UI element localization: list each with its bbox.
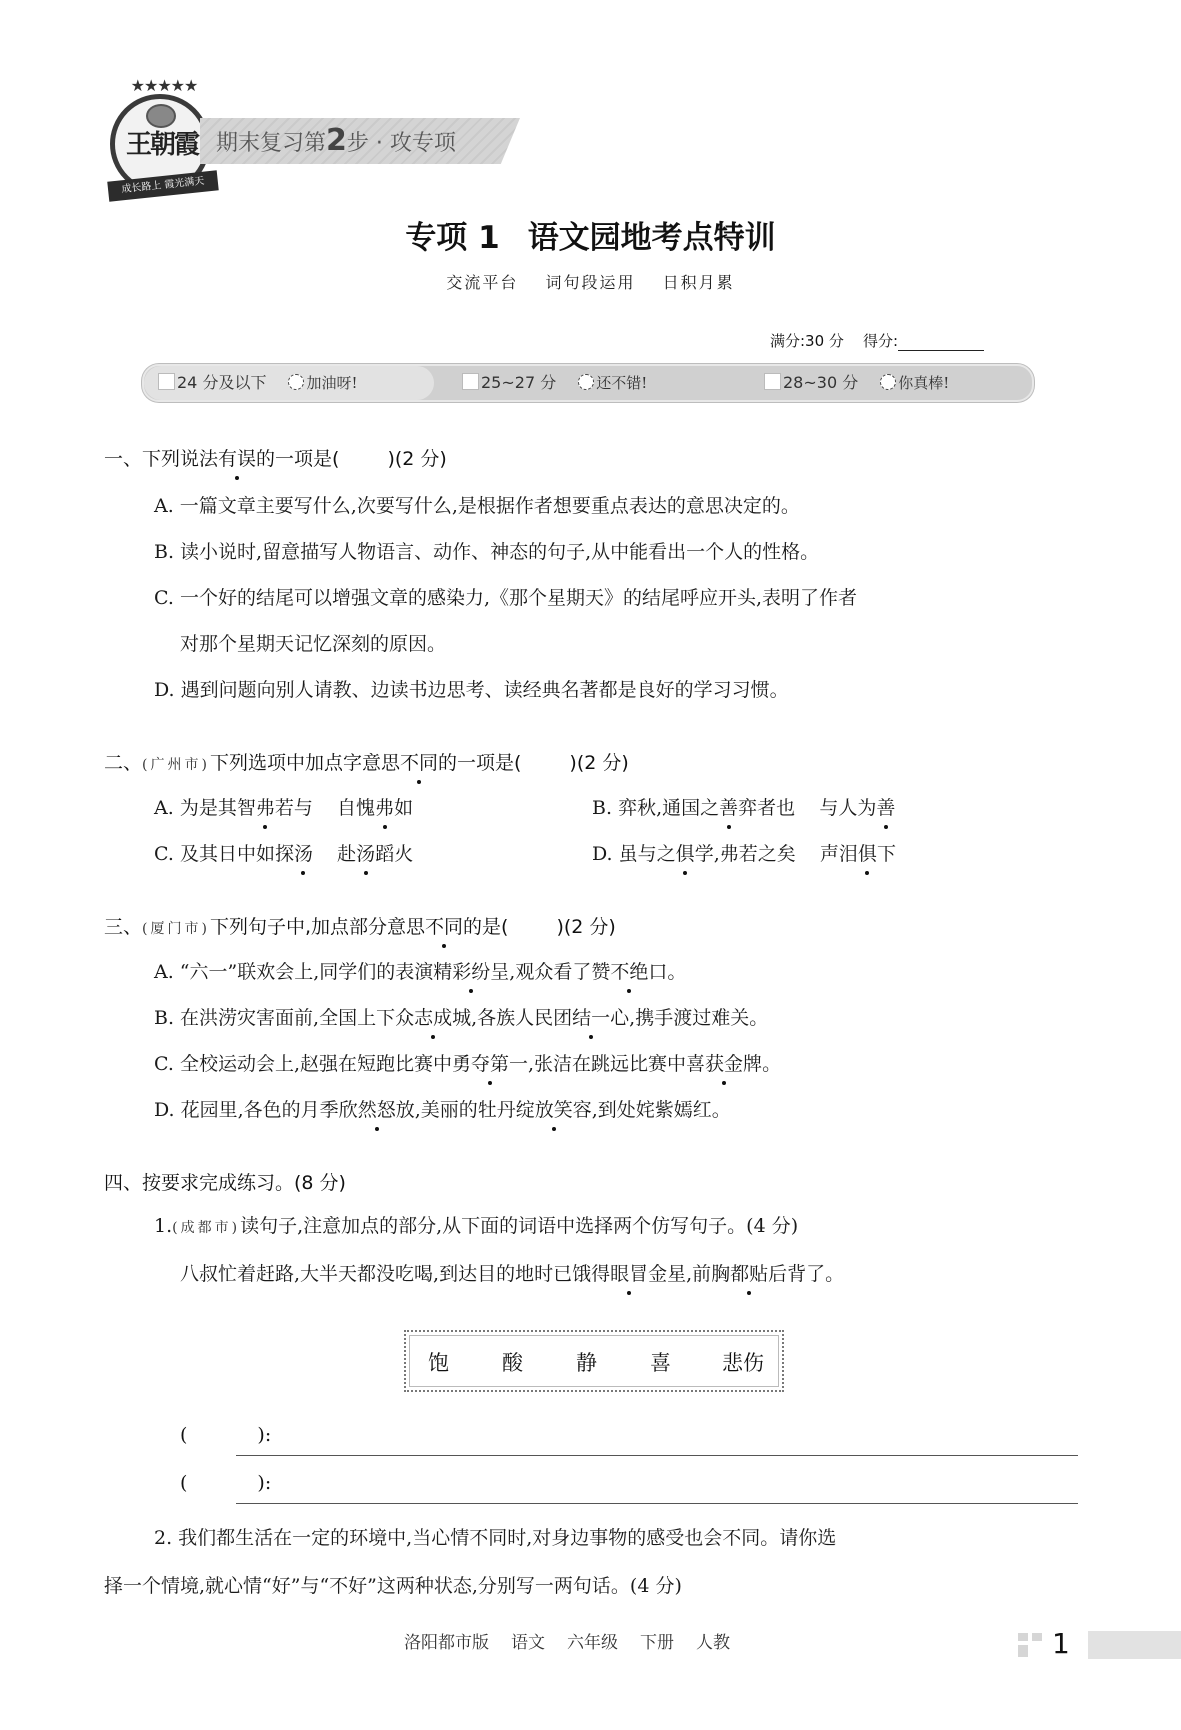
title-text: 语文园地考点特训 xyxy=(528,220,776,256)
banner-text: 期末复习第2步 · 攻专项 xyxy=(216,122,456,163)
rating-mid: 25~27 分还不错! xyxy=(462,366,647,400)
section-banner: 期末复习第2步 · 攻专项 xyxy=(200,118,520,164)
logo-name: 王朝霞 xyxy=(114,124,210,161)
q2-option-b: B. 弈秋,通国之善弈者也 与人为善 xyxy=(592,796,895,820)
banner-step-number: 2 xyxy=(326,123,347,158)
face-icon xyxy=(578,374,594,390)
banner-prefix: 期末复习第 xyxy=(216,131,326,156)
emphasis-dots: 有误 xyxy=(218,444,256,471)
q4-sub2-line1: 2. 我们都生活在一定的环境中,当心情不同时,对身边事物的感受也会不同。请你选 xyxy=(154,1526,836,1550)
title-number: 专项 1 xyxy=(405,220,499,256)
q3-option-a: A. “六一”联欢会上,同学们的表演精彩纷呈,观众看了赞不绝口。 xyxy=(154,960,686,984)
checkbox[interactable] xyxy=(462,373,479,390)
topic-item: 交流平台 xyxy=(446,273,518,292)
q2-option-c: C. 及其日中如探汤 赴汤蹈火 xyxy=(154,842,413,866)
q1-option-d: D. 遇到问题向别人请教、边读书边思考、读经典名著都是良好的学习习惯。 xyxy=(154,678,789,702)
q4-sub1-sentence: 八叔忙着赶路,大半天都没吃喝,到达目的地时已饿得眼冒金星,前胸都贴后背了。 xyxy=(180,1262,844,1286)
word-choice-box: 饱 酸 静 喜 悲伤 xyxy=(404,1330,784,1392)
q2-option-d: D. 虽与之俱学,弗若之矣 声泪俱下 xyxy=(592,842,896,866)
face-icon xyxy=(880,374,896,390)
q1-option-c: C. 一个好的结尾可以增强文章的感染力,《那个星期天》的结尾呼应开头,表明了作者 xyxy=(154,586,857,610)
score-header: 满分:30 分 得分: xyxy=(770,330,984,351)
page-number: 1 xyxy=(1018,1631,1181,1661)
q1-option-a: A. 一篇文章主要写什么,次要写什么,是根据作者想要重点表达的意思决定的。 xyxy=(154,494,800,518)
word-option: 悲伤 xyxy=(722,1347,764,1377)
question-4-heading: 四、按要求完成练习。(8 分) xyxy=(104,1168,346,1195)
full-score: 满分:30 分 xyxy=(770,332,844,350)
q1-option-c-cont: 对那个星期天记忆深刻的原因。 xyxy=(180,632,446,656)
question-3-heading: 三、(厦门市)下列句子中,加点部分意思不同的是()(2 分) xyxy=(104,912,616,939)
topic-item: 词句段运用 xyxy=(545,273,635,292)
score-label: 得分: xyxy=(863,332,898,350)
footer-edition: 洛阳都市版语文六年级下册人教 xyxy=(404,1628,752,1653)
word-option: 酸 xyxy=(502,1347,523,1377)
banner-suffix: 步 · 攻专项 xyxy=(347,131,456,156)
q3-option-c: C. 全校运动会上,赵强在短跑比赛中勇夺第一,张洁在跳远比赛中喜获金牌。 xyxy=(154,1052,781,1076)
answer-line-1[interactable] xyxy=(236,1455,1078,1456)
q1-option-b: B. 读小说时,留意描写人物语言、动作、神态的句子,从中能看出一个人的性格。 xyxy=(154,540,819,564)
topic-list: 交流平台 词句段运用 日积月累 xyxy=(0,270,1181,293)
emphasis-dots: 不同 xyxy=(400,748,438,775)
question-2-heading: 二、(广州市)下列选项中加点字意思不同的一项是()(2 分) xyxy=(104,748,629,775)
rating-high: 28~30 分你真棒! xyxy=(764,366,949,400)
q4-sub2-line2: 择一个情境,就心情“好”与“不好”这两种状态,分别写一两句话。(4 分) xyxy=(104,1574,682,1598)
word-option: 饱 xyxy=(428,1347,449,1377)
q3-option-b: B. 在洪涝灾害面前,全国上下众志成城,各族人民团结一心,携手渡过难关。 xyxy=(154,1006,768,1030)
q2-option-a: A. 为是其智弗若与 自愧弗如 xyxy=(154,796,413,820)
checkbox[interactable] xyxy=(764,373,781,390)
answer-row-1: (): xyxy=(180,1424,271,1446)
answer-line-2[interactable] xyxy=(236,1503,1078,1504)
rating-low: 24 分及以下加油呀! xyxy=(158,366,357,400)
topic-item: 日积月累 xyxy=(663,273,735,292)
score-input[interactable] xyxy=(898,336,984,351)
page-title: 专项 1语文园地考点特训 xyxy=(0,212,1181,257)
word-option: 静 xyxy=(576,1347,597,1377)
q4-sub1-prompt: 1.(成都市)读句子,注意加点的部分,从下面的词语中选择两个仿写句子。(4 分) xyxy=(154,1214,798,1240)
score-rating-bar: 24 分及以下加油呀! 25~27 分还不错! 28~30 分你真棒! xyxy=(142,364,1034,402)
q3-option-d: D. 花园里,各色的月季欣然怒放,美丽的牡丹绽放笑容,到处姹紫嫣红。 xyxy=(154,1098,731,1122)
word-option: 喜 xyxy=(650,1347,671,1377)
answer-row-2: (): xyxy=(180,1472,271,1494)
checkbox[interactable] xyxy=(158,373,175,390)
question-1-heading: 一、下列说法有误的一项是()(2 分) xyxy=(104,444,447,471)
emphasis-dots: 不同 xyxy=(425,912,463,939)
face-icon xyxy=(288,374,304,390)
